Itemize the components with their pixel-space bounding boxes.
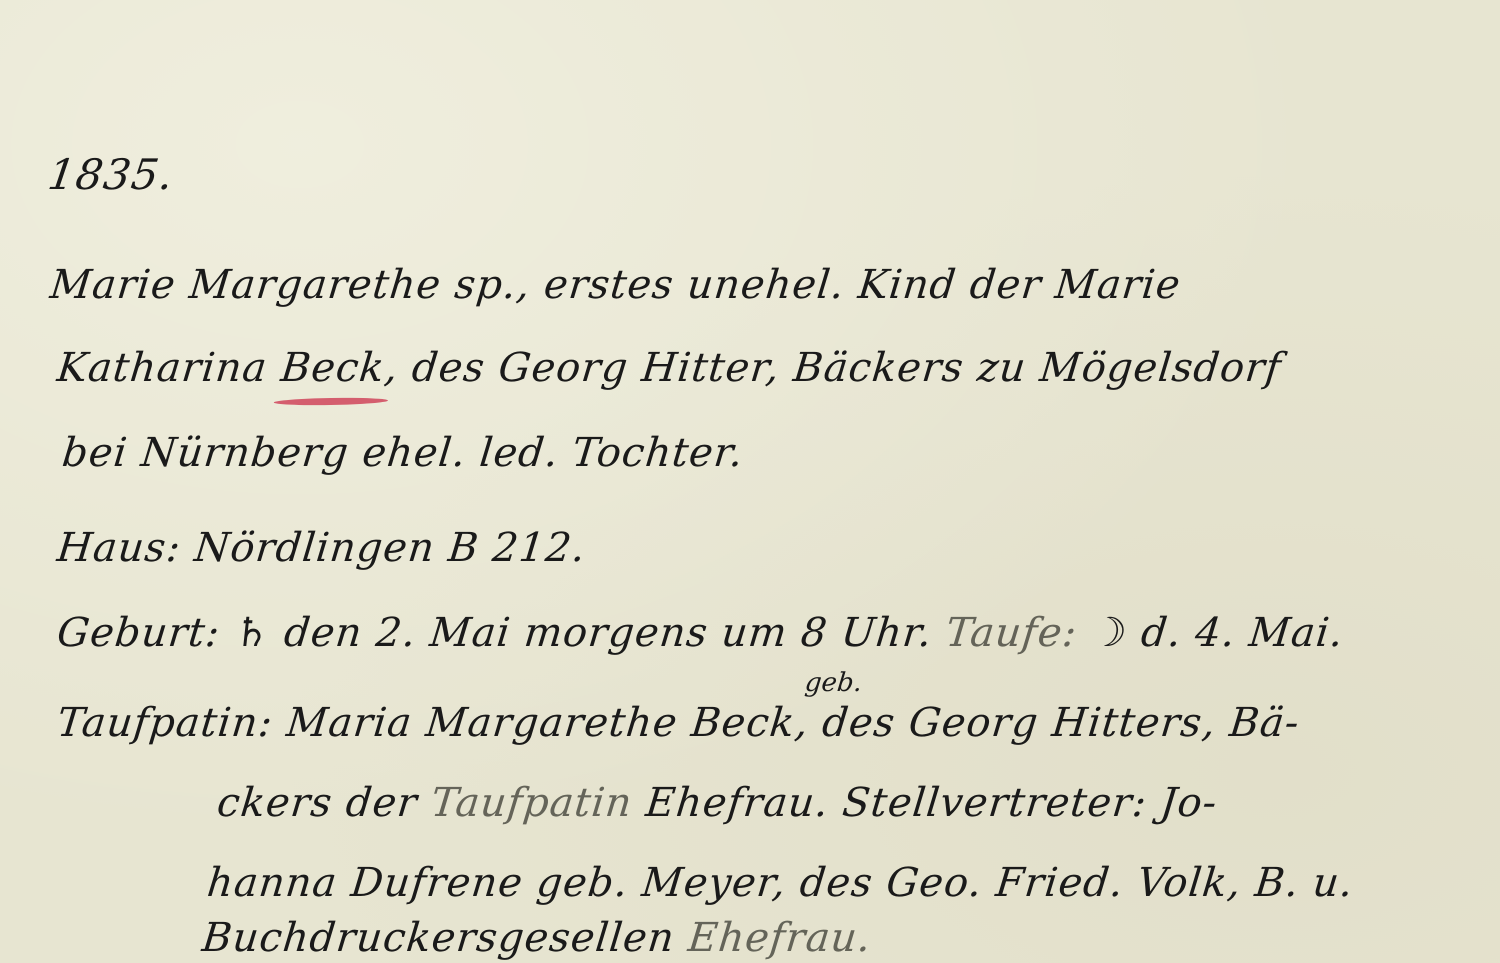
final-line: Buchdruckersgesellen Ehefrau. [200, 915, 874, 961]
monday-symbol-icon: ☽ [1088, 610, 1130, 656]
birth-label: Geburt: [55, 610, 223, 656]
text-fragment: ckers der [215, 780, 434, 826]
baptism-label: Taufe: [944, 610, 1080, 656]
saturday-symbol-icon: ♄ [231, 610, 273, 656]
mother-parentage: , des Georg Hitter, Bäckers zu Mögelsdor… [382, 345, 1283, 391]
entry-line-3: bei Nürnberg ehel. led. Tochter. [60, 430, 746, 476]
mother-given-names: Katharina [55, 345, 283, 391]
text-fragment: Buchdruckersgesellen [200, 915, 691, 961]
godmother-continuation-line: ckers der Taufpatin Ehefrau. Stellvertre… [215, 780, 1220, 826]
faint-text-fragment: Taufpatin [429, 780, 635, 826]
surname-beck-underlined: Beck [279, 345, 388, 391]
godmother-name: Maria Margarethe [284, 700, 680, 746]
year-heading: 1835. [45, 150, 177, 199]
baptism-date: d. 4. Mai. [1139, 610, 1346, 656]
entry-line-2: Katharina Beck, des Georg Hitter, Bäcker… [55, 345, 1284, 391]
house-label: Haus: [55, 525, 183, 571]
index-card: 1835. Marie Margarethe sp., erstes unehe… [0, 0, 1500, 963]
nee-superscript: geb. [803, 668, 863, 698]
godmother-label: Taufpatin: [55, 700, 275, 746]
birth-baptism-line: Geburt: ♄ den 2. Mai morgens um 8 Uhr. T… [55, 610, 1346, 656]
faint-text-fragment: Ehefrau. [686, 915, 874, 961]
proxy-line: hanna Dufrene geb. Meyer, des Geo. Fried… [205, 860, 1356, 906]
entry-line-1: Marie Margarethe sp., erstes unehel. Kin… [48, 262, 1183, 308]
godmother-details: Beck, des Georg Hitters, Bä- [689, 700, 1302, 746]
house-value: Nördlingen B 212. [192, 525, 588, 571]
proxy-text: Ehefrau. Stellvertreter: Jo- [630, 780, 1220, 826]
godmother-line: Taufpatin: Maria Margarethe Beck, des Ge… [55, 700, 1302, 746]
house-line: Haus: Nördlingen B 212. [55, 525, 588, 571]
birth-date: den 2. Mai morgens um 8 Uhr. [282, 610, 935, 656]
